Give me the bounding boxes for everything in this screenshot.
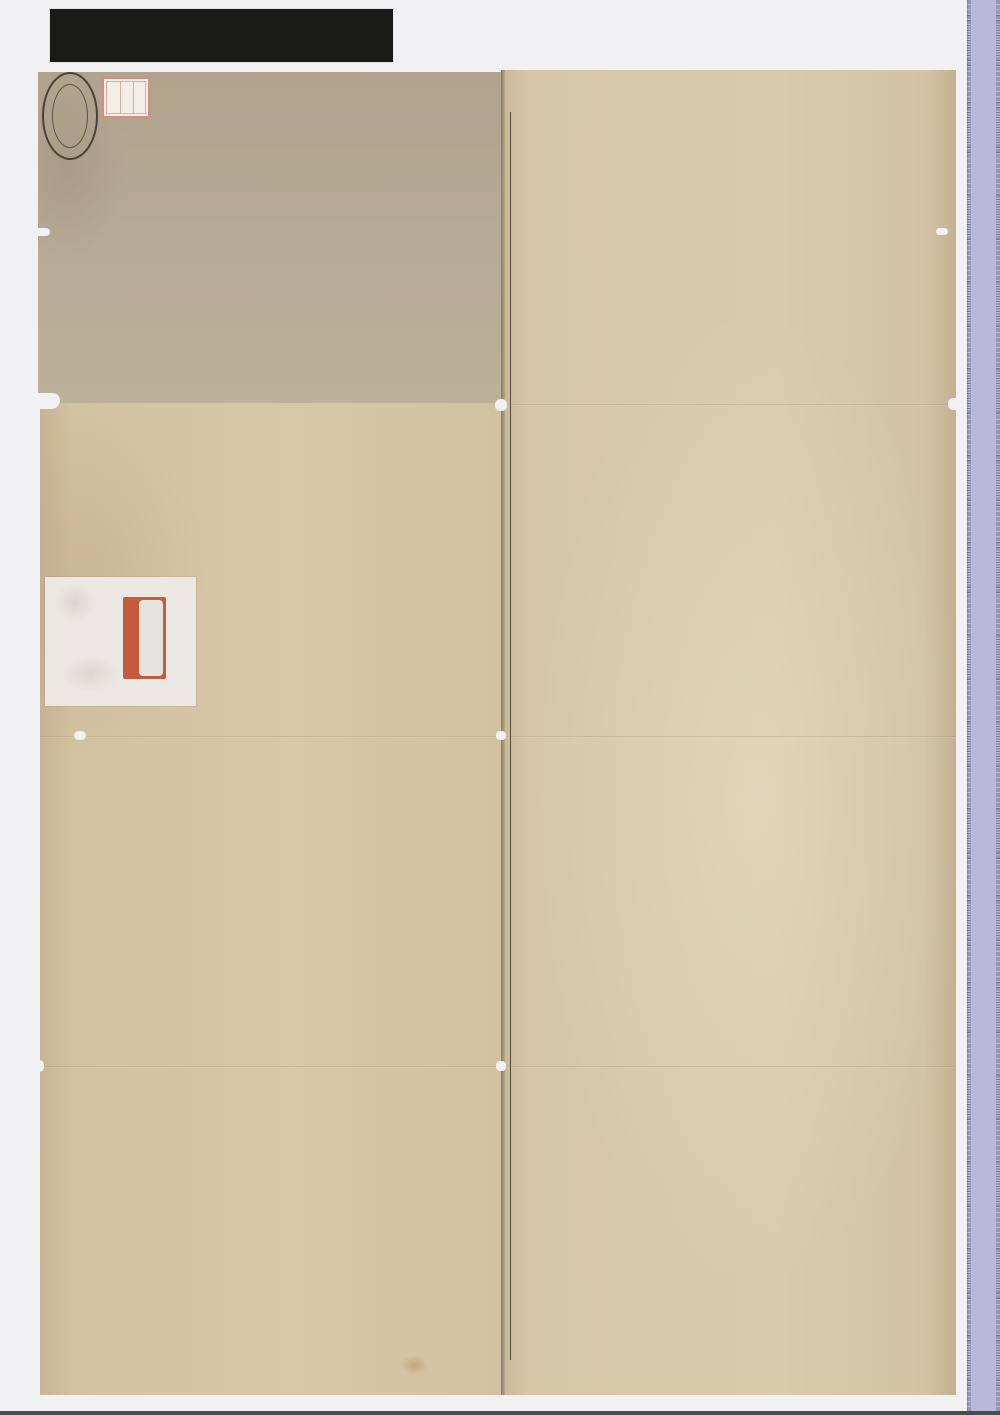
column-rule [510, 112, 511, 1360]
stamp-inner-ring [52, 84, 88, 148]
chart-saturated-row [50, 26, 393, 43]
scanner-bottom-edge [0, 1411, 1000, 1415]
barcode-number-field [139, 600, 163, 676]
barcode-label [123, 597, 166, 679]
right-text-block [519, 126, 953, 1343]
chart-pastel-row [50, 9, 393, 26]
paper-tear [36, 393, 60, 409]
measuring-ruler [967, 0, 1000, 1415]
catalog-tag [102, 77, 150, 118]
paper-tear [496, 1061, 506, 1071]
paper-tear [496, 731, 506, 740]
barcode-sticker [45, 577, 196, 706]
tag-divider [133, 81, 134, 114]
paper-tear [36, 1060, 44, 1072]
chart-grayscale-row [50, 43, 393, 62]
paper-tear [74, 731, 86, 740]
tag-divider [120, 81, 121, 114]
left-text-block-4 [92, 1073, 497, 1332]
fold-crease [40, 1066, 502, 1068]
ruler-markings [967, 0, 1000, 1415]
fold-crease [40, 736, 502, 738]
paper-tear [36, 228, 50, 236]
left-text-block-3 [92, 742, 497, 1062]
left-closing-date [92, 1335, 497, 1345]
left-text-block-1 [92, 127, 497, 398]
color-calibration-chart [50, 9, 393, 62]
tag-border [106, 81, 146, 114]
library-receipt-stamp [42, 72, 98, 160]
